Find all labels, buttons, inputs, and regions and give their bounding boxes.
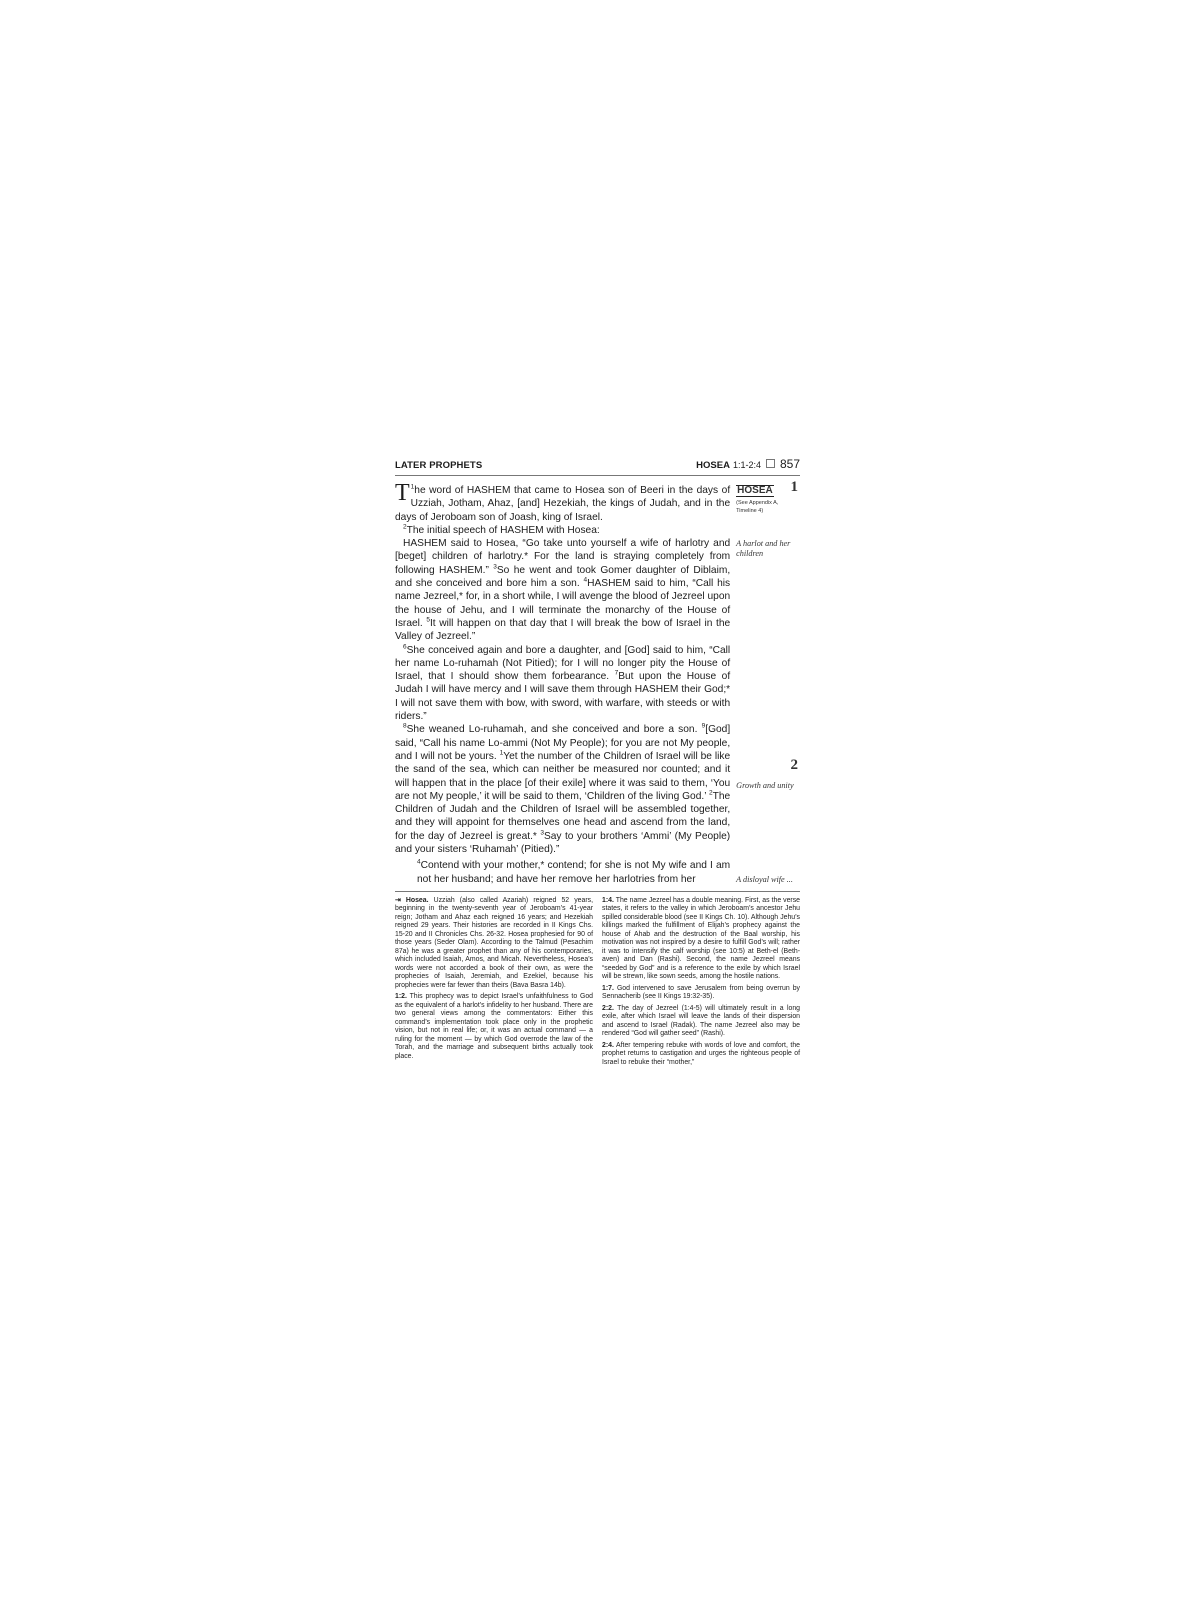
verse-1-6-7: 6She conceived again and bore a daughter…	[395, 644, 730, 724]
notes-column-left: ⇥ Hosea. Uzziah (also called Azariah) re…	[395, 897, 593, 1071]
box-separator-icon	[766, 459, 775, 468]
book-page: LATER PROPHETS HOSEA 1:1-2:4 857 1The wo…	[395, 457, 800, 1070]
running-head: LATER PROPHETS HOSEA 1:1-2:4 857	[395, 457, 800, 476]
verse-text: Contend with your mother,* contend; for …	[417, 860, 730, 884]
page-body: 1The word of HASHEM that came to Hosea s…	[395, 484, 800, 886]
note-1-4: 1:4. The name Jezreel has a double meani…	[602, 897, 800, 982]
verse-1-8-to-2-3: 8She weaned Lo-ruhamah, and she conceive…	[395, 723, 730, 856]
verse-range: 1:1-2:4	[733, 460, 761, 470]
note-text: After tempering rebuke with words of lov…	[602, 1042, 800, 1066]
footnote-divider	[395, 891, 800, 892]
margin-note-disloyal: A disloyal wife ...	[736, 875, 800, 885]
appendix-reference: (See Appendix A, Timeline 4)	[736, 499, 798, 515]
note-text: Uzziah (also called Azariah) reigned 52 …	[395, 897, 593, 989]
page-reference: HOSEA 1:1-2:4 857	[696, 457, 800, 471]
book-name: HOSEA	[696, 460, 730, 471]
note-2-4: 2:4. After tempering rebuke with words o…	[602, 1042, 800, 1068]
note-hosea: ⇥ Hosea. Uzziah (also called Azariah) re…	[395, 897, 593, 991]
verse-text: he word of HASHEM that came to Hosea son…	[395, 485, 730, 523]
verse-text: The initial speech of HASHEM with Hosea:	[407, 525, 600, 536]
note-reference: 1:2.	[395, 993, 407, 1000]
margin-note-growth: Growth and unity	[736, 781, 800, 791]
note-reference: 2:2.	[602, 1005, 614, 1012]
note-text: God intervened to save Jerusalem from be…	[602, 985, 800, 1001]
note-reference: ⇥ Hosea.	[395, 897, 428, 904]
chapter-number-1: 1	[791, 482, 799, 492]
verse-text: It will happen on that day that I will b…	[395, 618, 730, 642]
scripture-text: 1The word of HASHEM that came to Hosea s…	[395, 484, 730, 886]
note-text: The day of Jezreel (1:4-5) will ultimate…	[602, 1005, 800, 1038]
note-reference: 1:7.	[602, 985, 614, 992]
note-1-7: 1:7. God intervened to save Jerusalem fr…	[602, 985, 800, 1002]
note-reference: 2:4.	[602, 1042, 614, 1049]
section-title: LATER PROPHETS	[395, 460, 482, 471]
note-2-2: 2:2. The day of Jezreel (1:4-5) will ult…	[602, 1005, 800, 1039]
verse-1-2a: 2The initial speech of HASHEM with Hosea…	[395, 524, 730, 537]
drop-cap: T	[395, 483, 410, 503]
book-label: HOSEA	[736, 485, 774, 497]
verse-1-2b-to-5: HASHEM said to Hosea, “Go take unto your…	[395, 537, 730, 643]
note-1-2: 1:2. This prophecy was to depict Israel’…	[395, 993, 593, 1061]
margin-note-harlot: A harlot and her children	[736, 539, 800, 559]
note-reference: 1:4.	[602, 897, 614, 904]
margin-column: HOSEA 1 (See Appendix A, Timeline 4) A h…	[736, 484, 800, 886]
verse-text: She weaned Lo-ruhamah, and she conceived…	[407, 724, 698, 735]
chapter-number-2: 2	[791, 760, 799, 770]
note-text: This prophecy was to depict Israel’s unf…	[395, 993, 593, 1060]
verse-1-1: 1The word of HASHEM that came to Hosea s…	[395, 484, 730, 524]
commentary-notes: ⇥ Hosea. Uzziah (also called Azariah) re…	[395, 897, 800, 1071]
page-number: 857	[780, 457, 800, 471]
notes-column-right: 1:4. The name Jezreel has a double meani…	[602, 897, 800, 1071]
verse-2-4: 4Contend with your mother,* contend; for…	[395, 859, 730, 886]
note-text: The name Jezreel has a double meaning. F…	[602, 897, 800, 981]
